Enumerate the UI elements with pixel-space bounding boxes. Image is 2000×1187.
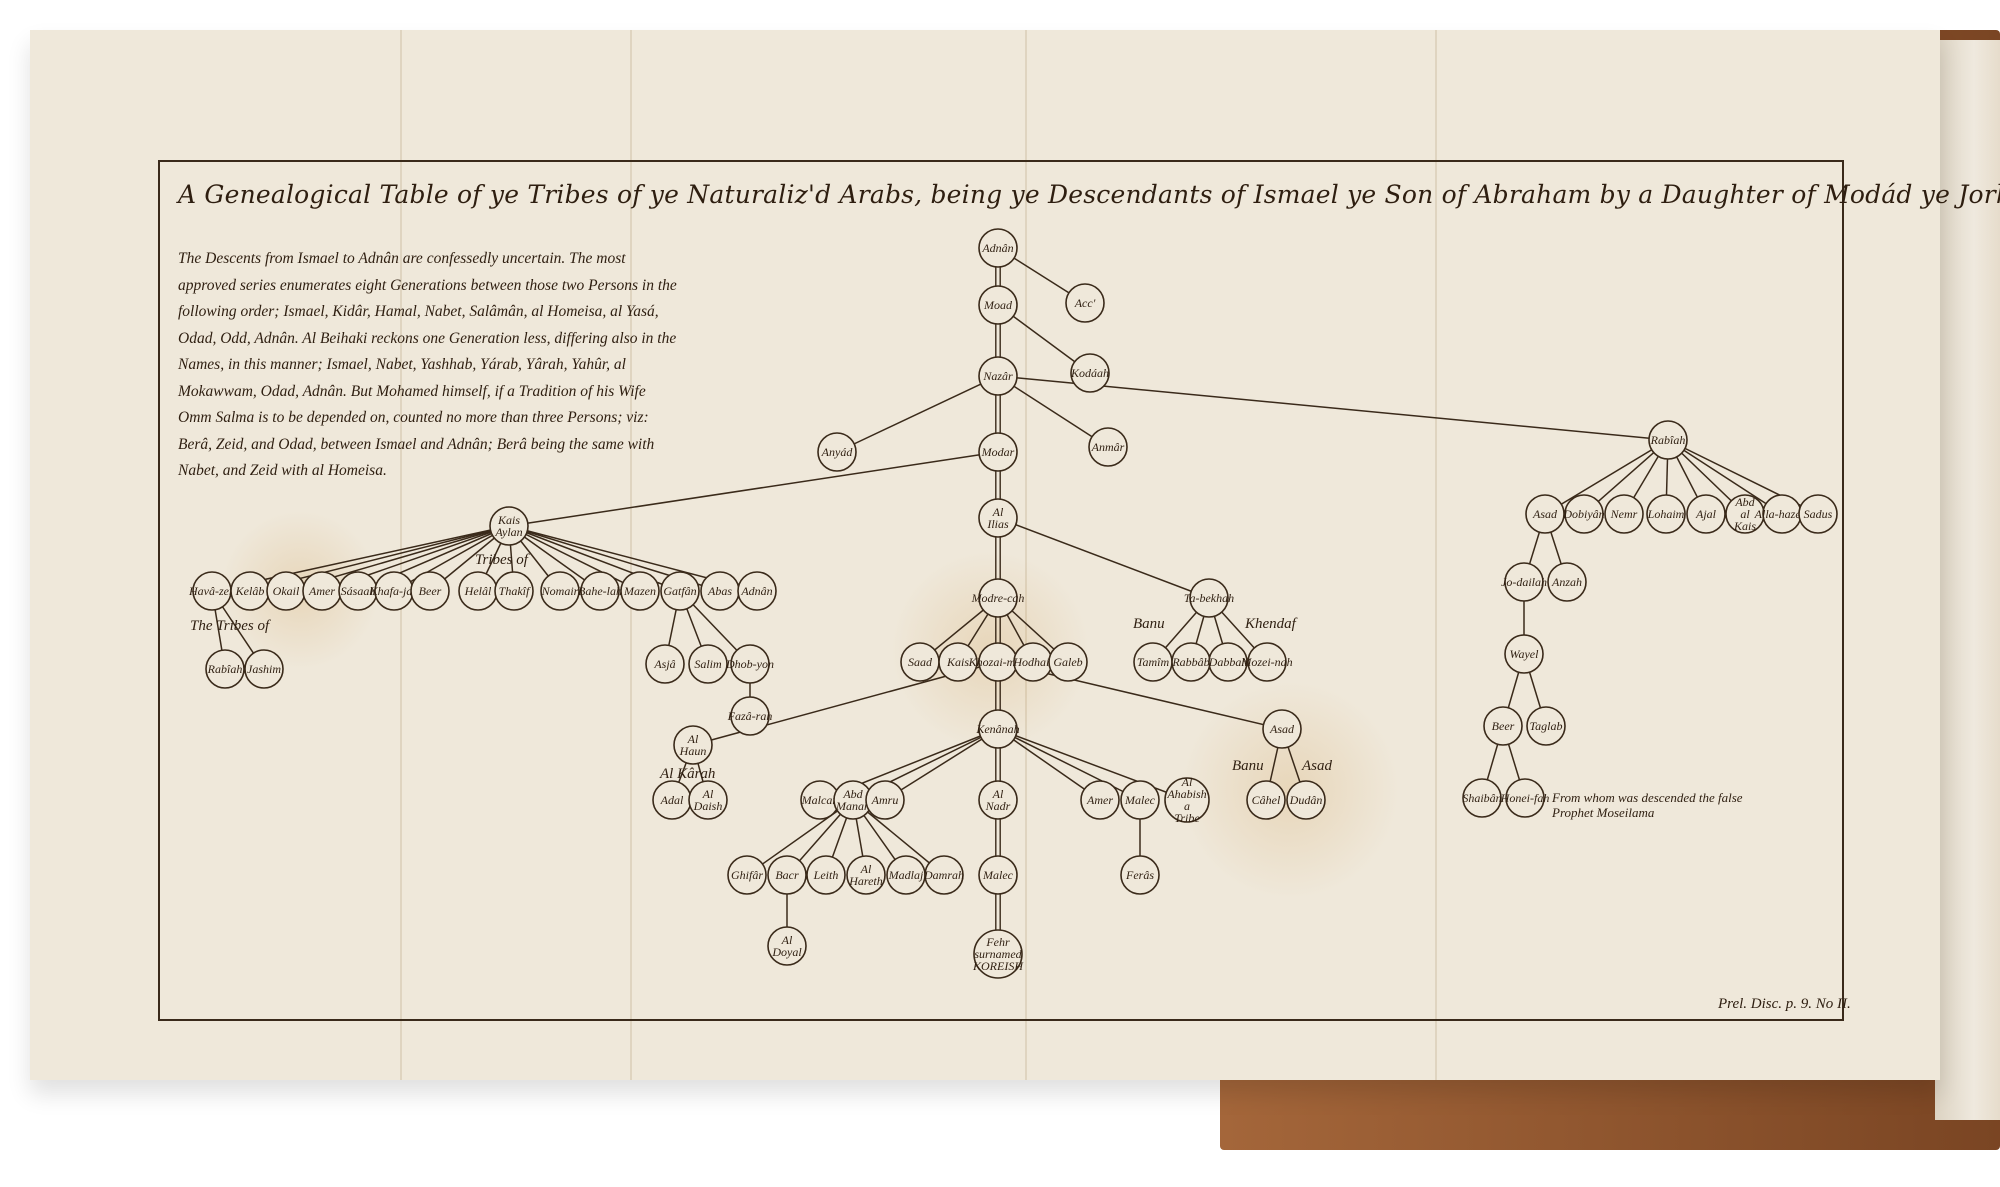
tribe-name: Daish — [693, 799, 723, 813]
tribe-node-fehr: FehrsurnamedKOREISH — [972, 930, 1024, 978]
tribe-name: Rabîah — [207, 662, 243, 676]
tribe-name: Tamîm — [1137, 655, 1170, 669]
tribe-node-anzah: Anzah — [1548, 563, 1586, 601]
tribe-name: Mazen — [623, 584, 656, 598]
banu-asad-label-right: Asad — [1302, 758, 1332, 775]
tribe-name: Kenânah — [975, 722, 1019, 736]
tribe-name: Galeb — [1053, 655, 1082, 669]
tribe-node-amru: Amru — [866, 781, 904, 819]
tribe-name: Jo-dailah — [1501, 575, 1547, 589]
tribe-node-jodailah: Jo-dailah — [1501, 563, 1547, 601]
tribe-node-fazarah: Fazâ-rah — [727, 697, 773, 735]
tribe-node-dhobyon: Dhob-yon — [725, 645, 774, 683]
tribe-name: Saad — [908, 655, 933, 669]
branch-line — [998, 518, 1209, 598]
tribe-name: Shaibân — [1462, 791, 1501, 805]
tribe-name: Anzah — [1551, 575, 1582, 589]
tribe-name: Leith — [813, 868, 839, 882]
tribe-name: Ferâs — [1125, 868, 1154, 882]
tribe-name: Taglab — [1530, 719, 1563, 733]
tribe-node-nemr: Nemr — [1605, 495, 1643, 533]
tribe-node-ghifar: Ghifâr — [728, 856, 766, 894]
tribe-node-hodhail: Hodhail — [1012, 643, 1053, 681]
tribe-node-nomair: Nomair — [541, 572, 579, 610]
tribe-node-beer: Beer — [411, 572, 449, 610]
tribe-name: Sadus — [1804, 507, 1833, 521]
tribe-node-abas: Abas — [701, 572, 739, 610]
tribe-name: Ghifâr — [731, 868, 763, 882]
tribe-name: Adal — [660, 793, 684, 807]
tribe-name: Thakîf — [499, 584, 531, 598]
tribe-node-asja: Asjâ — [646, 645, 684, 683]
al-karah-label: Al Kârah — [660, 766, 715, 783]
tribe-name: Kelâb — [235, 584, 265, 598]
tribe-node-al-ilias: AlIlias — [979, 499, 1017, 537]
tribe-name: Acc' — [1074, 296, 1096, 310]
tribe-node-amer-ke: Amer — [1081, 781, 1119, 819]
tribe-node-tamim: Tamîm — [1134, 643, 1172, 681]
tribe-node-jashim: Jashim — [245, 650, 283, 688]
tribe-node-al-doyal: AlDoyal — [768, 927, 806, 965]
tribe-node-bahelah: Bahe-lah — [578, 572, 622, 610]
tribe-name: Mozei-nah — [1240, 655, 1292, 669]
tribe-name: Beer — [1492, 719, 1515, 733]
tribe-node-thakif: Thakîf — [495, 572, 533, 610]
tribe-name: Beer — [419, 584, 442, 598]
banu-asad-label-left: Banu — [1232, 758, 1264, 775]
tribe-node-leith: Leith — [807, 856, 845, 894]
tribe-name: Moad — [983, 298, 1013, 312]
tribe-node-rabbab: Rabbâb — [1171, 643, 1210, 681]
genealogy-tree: AdnânAcc'MoadKodáahNazârAnyádModarAnmârR… — [0, 0, 2000, 1187]
tribe-name: Wayel — [1510, 647, 1540, 661]
branch-line — [998, 729, 1140, 800]
tribe-name: Rabîah — [1650, 433, 1686, 447]
tribe-name: Hodhail — [1012, 655, 1053, 669]
tribe-name: Ilias — [986, 517, 1009, 531]
tribe-node-saad: Saad — [901, 643, 939, 681]
tribe-name: Malec — [1124, 793, 1156, 807]
tribe-node-malec-n: Malec — [979, 856, 1017, 894]
tribe-name: Okail — [273, 584, 300, 598]
tribe-node-honeifah: Honei-fah — [1500, 779, 1550, 817]
tribe-node-taglab: Taglab — [1527, 707, 1565, 745]
tribe-node-adnan2: Adnân — [738, 572, 776, 610]
tribe-name: Anmâr — [1091, 440, 1125, 454]
tribe-node-adal: Adal — [653, 781, 691, 819]
tribe-node-shaiban: Shaibân — [1462, 779, 1501, 817]
tribe-node-mazen: Mazen — [621, 572, 659, 610]
tribe-name: Adnân — [740, 584, 772, 598]
banu-label: Banu — [1133, 616, 1165, 633]
tribe-name: Doyal — [771, 945, 802, 959]
tribe-name: Câhel — [1252, 793, 1281, 807]
tribe-node-helal: Helâl — [459, 572, 497, 610]
tribe-name: Kais — [1733, 519, 1756, 533]
branch-line — [1668, 440, 1782, 514]
tribe-node-moad: Moad — [979, 286, 1017, 324]
branch-line — [837, 376, 998, 452]
tribe-node-kelab: Kelâb — [231, 572, 269, 610]
tribe-name: Lohaim — [1647, 507, 1685, 521]
tribe-name: Nomair — [541, 584, 579, 598]
tribe-node-asad-r: Asad — [1526, 495, 1564, 533]
tribe-node-dudan: Dudân — [1287, 781, 1325, 819]
tribe-name: Hareth — [848, 874, 883, 888]
tribe-node-anyad: Anyád — [818, 433, 856, 471]
tribe-name: Madlaj — [888, 868, 924, 882]
tribe-name: Malec — [982, 868, 1014, 882]
tribe-name: Haun — [679, 744, 707, 758]
tribe-name: Dudân — [1289, 793, 1323, 807]
tribe-name: Bahe-lah — [578, 584, 622, 598]
moseilama-note: From whom was descended the false Prophe… — [1552, 790, 1772, 820]
tribe-name: Nadr — [985, 799, 1011, 813]
tribe-node-al-nadr: AlNadr — [979, 781, 1017, 819]
tribe-name: Jashim — [247, 662, 281, 676]
tribe-name: Havâ-zen — [188, 584, 235, 598]
branch-line — [885, 729, 998, 800]
tribe-name: Malcan — [801, 793, 839, 807]
tribe-name: KOREISH — [972, 959, 1024, 973]
tribe-node-beer-r: Beer — [1484, 707, 1522, 745]
tribe-name: Damrah — [923, 868, 964, 882]
tribe-name: Dobiyân — [1562, 507, 1604, 521]
tribe-node-feras: Ferâs — [1121, 856, 1159, 894]
tribe-name: Asad — [1269, 722, 1295, 736]
tribe-node-sadus: Sadus — [1799, 495, 1837, 533]
tribe-node-adnan: Adnân — [979, 229, 1017, 267]
tribe-node-damrah: Damrah — [923, 856, 964, 894]
tribe-name: Nemr — [1610, 507, 1638, 521]
tribe-node-rabiah: Rabîah — [1649, 421, 1687, 459]
tribe-name: Kodáah — [1070, 366, 1109, 380]
branch-line — [1545, 440, 1668, 514]
tribe-node-rabiah-k: Rabîah — [206, 650, 244, 688]
tribe-node-havazen: Havâ-zen — [188, 572, 235, 610]
tribe-node-kodaah: Kodáah — [1070, 354, 1109, 392]
tribe-node-al-daish: AlDaish — [689, 781, 727, 819]
tribe-node-kenanah: Kenânah — [975, 710, 1019, 748]
tribe-name: Modar — [981, 445, 1015, 459]
khendaf-label: Khendaf — [1245, 616, 1296, 633]
tribe-name: Tribe — [1174, 811, 1200, 825]
tribe-name: Abas — [707, 584, 732, 598]
tribe-node-amer-k: Amer — [303, 572, 341, 610]
tribe-name: Dhob-yon — [725, 657, 774, 671]
tribe-name: Ta-bekhah — [1184, 591, 1234, 605]
tribe-node-nazar: Nazâr — [979, 357, 1017, 395]
tribe-node-tabekhah: Ta-bekhah — [1184, 579, 1234, 617]
tribe-name: Asjâ — [653, 657, 675, 671]
tribe-name: Amer — [308, 584, 335, 598]
the-tribes-of-label: The Tribes of — [190, 618, 269, 635]
plate-title: A Genealogical Table of ye Tribes of ye … — [178, 180, 2000, 209]
plate-reference: Prel. Disc. p. 9. No II. — [1718, 996, 1851, 1013]
tribe-name: Fazâ-rah — [727, 709, 773, 723]
tribe-node-madlaj: Madlaj — [887, 856, 925, 894]
tribe-node-okail: Okail — [267, 572, 305, 610]
tribe-node-gatfan: Gatfân — [661, 572, 699, 610]
tribe-node-kais-aylan: KaisAylan — [490, 507, 528, 545]
tribe-node-bacr: Bacr — [768, 856, 806, 894]
tribe-node-malec-ke: Malec — [1121, 781, 1159, 819]
tribe-name: Nazâr — [982, 369, 1013, 383]
tribe-node-modrecah: Modre-cah — [971, 579, 1025, 617]
tribe-name: Bacr — [775, 868, 799, 882]
tribe-node-lohaim: Lohaim — [1647, 495, 1685, 533]
descent-note: The Descents from Ismael to Adnân are co… — [178, 246, 678, 485]
tribes-of-label: Tribes of — [475, 552, 528, 569]
tribe-name: Asad — [1532, 507, 1558, 521]
tribe-node-cahel: Câhel — [1247, 781, 1285, 819]
tribe-node-anmar: Anmâr — [1089, 428, 1127, 466]
tribe-name: Manah — [835, 799, 870, 813]
tribe-node-dobiyan: Dobiyân — [1562, 495, 1604, 533]
tribe-name: Rabbâb — [1171, 655, 1209, 669]
tribe-node-al-haun: AlHaun — [674, 726, 712, 764]
tribe-node-mozeinah: Mozei-nah — [1240, 643, 1292, 681]
tribe-name: Anyád — [821, 445, 854, 459]
tribe-name: Salim — [694, 657, 722, 671]
tribe-node-al-ahabish: AlAhabishaTribe — [1165, 775, 1209, 825]
tribe-node-modar: Modar — [979, 433, 1017, 471]
tribe-node-acc: Acc' — [1066, 284, 1104, 322]
tribe-name: Modre-cah — [971, 591, 1025, 605]
tribe-node-wayel: Wayel — [1505, 635, 1543, 673]
tribe-name: Aylan — [494, 525, 522, 539]
tribe-node-salim: Salim — [689, 645, 727, 683]
tribe-node-ajal: Ajal — [1687, 495, 1725, 533]
tribe-name: Honei-fah — [1500, 791, 1550, 805]
tribe-name: Amru — [871, 793, 899, 807]
tribe-node-galeb: Galeb — [1049, 643, 1087, 681]
tribe-name: Gatfân — [663, 584, 696, 598]
tribe-name: Amer — [1086, 793, 1113, 807]
tribe-name: Ajal — [1695, 507, 1717, 521]
tribe-name: Helâl — [464, 584, 492, 598]
tribe-name: Adnân — [981, 241, 1013, 255]
tribe-node-asad-m: Asad — [1263, 710, 1301, 748]
tribe-node-al-hareth: AlHareth — [847, 856, 885, 894]
tribe-name: Kais — [946, 655, 969, 669]
